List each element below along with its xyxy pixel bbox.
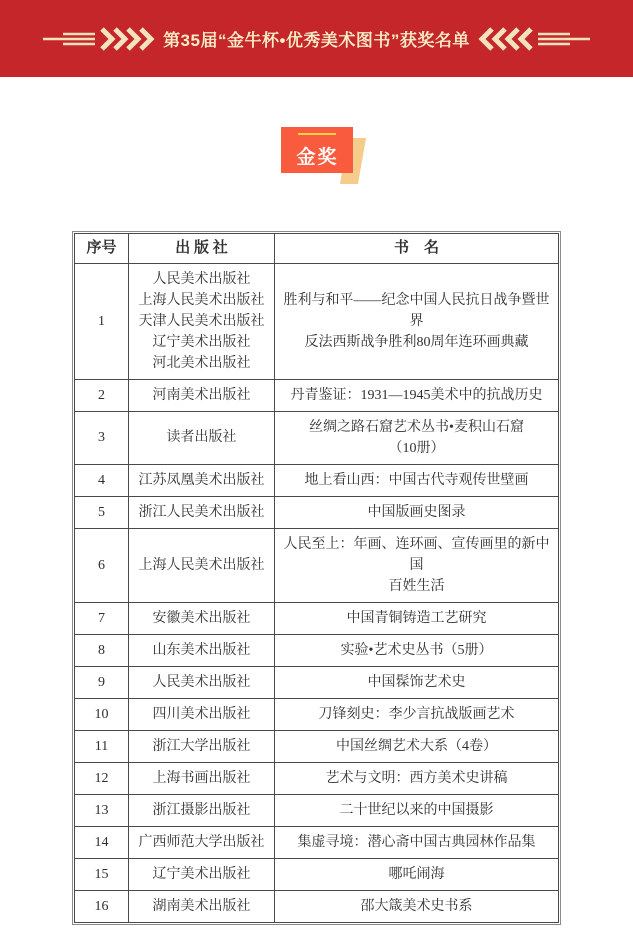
table-row: 14广西师范大学出版社集虚寻境：潜心斋中国古典园林作品集 bbox=[75, 826, 559, 858]
row-serial-number: 6 bbox=[75, 528, 129, 602]
row-serial-number: 16 bbox=[75, 890, 129, 922]
row-publisher: 四川美术出版社 bbox=[129, 698, 275, 730]
table-row: 4江苏凤凰美术出版社地上看山西：中国古代寺观传世壁画 bbox=[75, 464, 559, 496]
header-banner: 第35届“金牛杯•优秀美术图书”获奖名单 bbox=[0, 0, 633, 77]
gold-award-badge: 金奖 bbox=[281, 127, 353, 173]
table-row: 1人民美术出版社 上海人民美术出版社 天津人民美术出版社 辽宁美术出版社 河北美… bbox=[75, 263, 559, 379]
row-publisher: 江苏凤凰美术出版社 bbox=[129, 464, 275, 496]
speed-lines-right-chevrons-icon bbox=[43, 26, 155, 52]
row-publisher: 浙江大学出版社 bbox=[129, 730, 275, 762]
row-publisher: 上海书画出版社 bbox=[129, 762, 275, 794]
row-serial-number: 2 bbox=[75, 379, 129, 411]
row-publisher: 安徽美术出版社 bbox=[129, 602, 275, 634]
page-title: 第35届“金牛杯•优秀美术图书”获奖名单 bbox=[163, 26, 470, 51]
row-serial-number: 15 bbox=[75, 858, 129, 890]
row-book-title: 中国髹饰艺术史 bbox=[275, 666, 559, 698]
row-serial-number: 4 bbox=[75, 464, 129, 496]
row-book-title: 人民至上：年画、连环画、宣传画里的新中国 百姓生活 bbox=[275, 528, 559, 602]
row-publisher: 湖南美术出版社 bbox=[129, 890, 275, 922]
table-row: 5浙江人民美术出版社中国版画史图录 bbox=[75, 496, 559, 528]
table-row: 12上海书画出版社艺术与文明：西方美术史讲稿 bbox=[75, 762, 559, 794]
row-book-title: 中国青铜铸造工艺研究 bbox=[275, 602, 559, 634]
col-header-book-title: 书 名 bbox=[275, 234, 559, 264]
row-serial-number: 5 bbox=[75, 496, 129, 528]
row-serial-number: 3 bbox=[75, 411, 129, 464]
row-book-title: 中国版画史图录 bbox=[275, 496, 559, 528]
row-book-title: 丹青鉴证：1931—1945美术中的抗战历史 bbox=[275, 379, 559, 411]
left-chevrons-speed-lines-icon bbox=[478, 26, 590, 52]
table-row: 9人民美术出版社中国髹饰艺术史 bbox=[75, 666, 559, 698]
row-publisher: 上海人民美术出版社 bbox=[129, 528, 275, 602]
row-publisher: 人民美术出版社 上海人民美术出版社 天津人民美术出版社 辽宁美术出版社 河北美术… bbox=[129, 263, 275, 379]
row-book-title: 哪吒闹海 bbox=[275, 858, 559, 890]
row-serial-number: 11 bbox=[75, 730, 129, 762]
page: 第35届“金牛杯•优秀美术图书”获奖名单 金奖 bbox=[0, 0, 633, 923]
awards-table: 序号 出 版 社 书 名 1人民美术出版社 上海人民美术出版社 天津人民美术出版… bbox=[74, 233, 559, 923]
row-publisher: 读者出版社 bbox=[129, 411, 275, 464]
row-publisher: 辽宁美术出版社 bbox=[129, 858, 275, 890]
table-header-row: 序号 出 版 社 书 名 bbox=[75, 234, 559, 264]
row-serial-number: 8 bbox=[75, 634, 129, 666]
row-book-title: 中国丝绸艺术大系（4卷） bbox=[275, 730, 559, 762]
row-book-title: 邵大箴美术史书系 bbox=[275, 890, 559, 922]
row-serial-number: 7 bbox=[75, 602, 129, 634]
row-book-title: 二十世纪以来的中国摄影 bbox=[275, 794, 559, 826]
row-serial-number: 9 bbox=[75, 666, 129, 698]
table-row: 2河南美术出版社丹青鉴证：1931—1945美术中的抗战历史 bbox=[75, 379, 559, 411]
row-book-title: 实验•艺术史丛书（5册） bbox=[275, 634, 559, 666]
table-row: 11浙江大学出版社中国丝绸艺术大系（4卷） bbox=[75, 730, 559, 762]
table-row: 7安徽美术出版社中国青铜铸造工艺研究 bbox=[75, 602, 559, 634]
table-row: 3读者出版社丝绸之路石窟艺术丛书•麦积山石窟 （10册） bbox=[75, 411, 559, 464]
badge-container: 金奖 bbox=[0, 127, 633, 173]
col-header-serial-number: 序号 bbox=[75, 234, 129, 264]
row-book-title: 地上看山西：中国古代寺观传世壁画 bbox=[275, 464, 559, 496]
row-serial-number: 12 bbox=[75, 762, 129, 794]
row-book-title: 艺术与文明：西方美术史讲稿 bbox=[275, 762, 559, 794]
row-publisher: 浙江人民美术出版社 bbox=[129, 496, 275, 528]
row-publisher: 山东美术出版社 bbox=[129, 634, 275, 666]
table-row: 6上海人民美术出版社人民至上：年画、连环画、宣传画里的新中国 百姓生活 bbox=[75, 528, 559, 602]
badge-accent-line bbox=[298, 133, 336, 135]
table-row: 10四川美术出版社刀锋刻史：李少言抗战版画艺术 bbox=[75, 698, 559, 730]
row-publisher: 广西师范大学出版社 bbox=[129, 826, 275, 858]
row-serial-number: 10 bbox=[75, 698, 129, 730]
row-serial-number: 13 bbox=[75, 794, 129, 826]
row-book-title: 刀锋刻史：李少言抗战版画艺术 bbox=[275, 698, 559, 730]
row-publisher: 人民美术出版社 bbox=[129, 666, 275, 698]
row-serial-number: 1 bbox=[75, 263, 129, 379]
row-serial-number: 14 bbox=[75, 826, 129, 858]
badge-label: 金奖 bbox=[294, 142, 338, 169]
table-row: 8山东美术出版社实验•艺术史丛书（5册） bbox=[75, 634, 559, 666]
table-row: 13浙江摄影出版社二十世纪以来的中国摄影 bbox=[75, 794, 559, 826]
table-row: 16湖南美术出版社邵大箴美术史书系 bbox=[75, 890, 559, 922]
row-book-title: 胜利与和平——纪念中国人民抗日战争暨世界 反法西斯战争胜利80周年连环画典藏 bbox=[275, 263, 559, 379]
row-book-title: 丝绸之路石窟艺术丛书•麦积山石窟 （10册） bbox=[275, 411, 559, 464]
table-row: 15辽宁美术出版社哪吒闹海 bbox=[75, 858, 559, 890]
row-publisher: 河南美术出版社 bbox=[129, 379, 275, 411]
row-book-title: 集虚寻境：潜心斋中国古典园林作品集 bbox=[275, 826, 559, 858]
col-header-publisher: 出 版 社 bbox=[129, 234, 275, 264]
row-publisher: 浙江摄影出版社 bbox=[129, 794, 275, 826]
